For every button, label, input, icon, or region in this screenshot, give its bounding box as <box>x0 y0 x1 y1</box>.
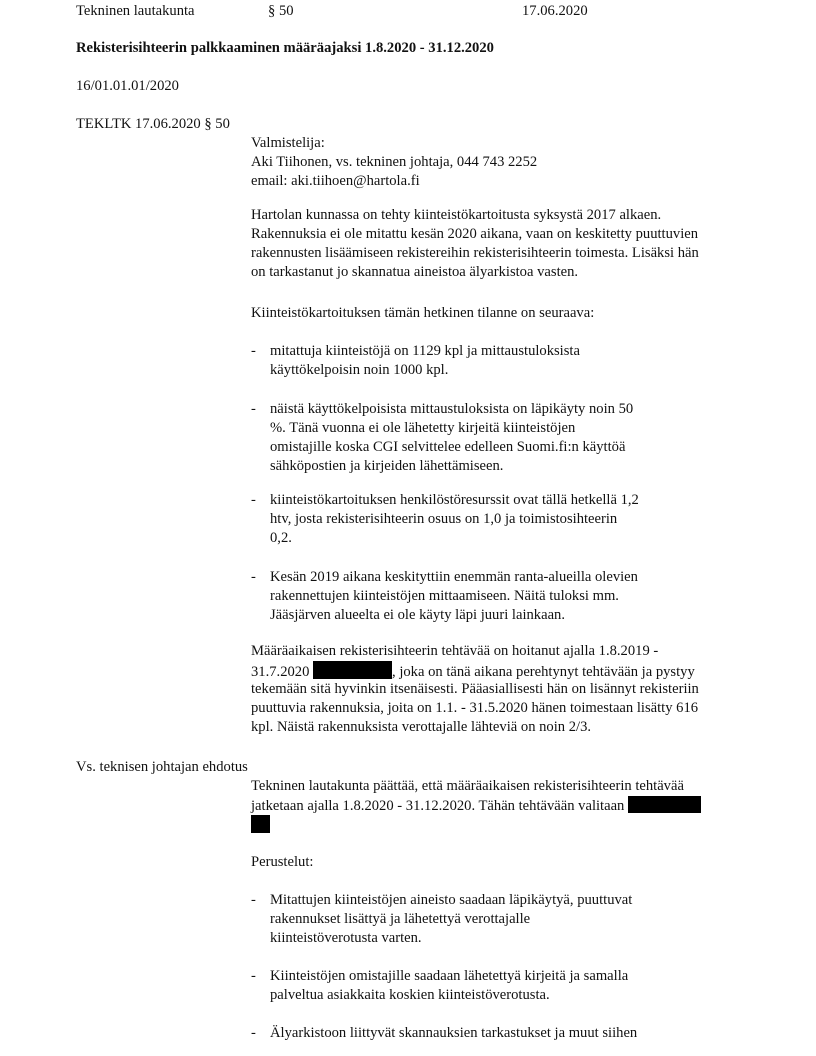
status-intro: Kiinteistökartoituksen tämän hetkinen ti… <box>251 304 594 323</box>
bullet-line: rakennettujen kiinteistöjen mittaamiseen… <box>270 587 731 606</box>
bullet-line: kiinteistöverotusta varten. <box>270 929 731 948</box>
bullet-line: mitattuja kiinteistöjä on 1129 kpl ja mi… <box>270 342 731 361</box>
bullet-line: kiinteistökartoituksen henkilöstöresurss… <box>270 491 731 510</box>
bullet-line: käyttökelpoisin noin 1000 kpl. <box>270 361 731 380</box>
preparer-block: Valmistelija: Aki Tiihonen, vs. tekninen… <box>251 134 731 191</box>
proposal-text: Tekninen lautakunta päättää, että määräa… <box>251 777 751 834</box>
bullet-line: rakennukset lisättyä ja lähetettyä verot… <box>270 910 731 929</box>
bullet-dash: - <box>251 967 256 986</box>
bullet-line: sähköpostien ja kirjeiden lähettämiseen. <box>270 457 731 476</box>
proposal-line <box>251 815 751 834</box>
bullet-line: näistä käyttökelpoisista mittaustuloksis… <box>270 400 731 419</box>
record-id: 16/01.01.01/2020 <box>76 77 179 96</box>
paragraph-text: , joka on tänä aikana perehtynyt tehtävä… <box>392 664 695 680</box>
bullet-line: 0,2. <box>270 529 731 548</box>
bullet-line: htv, josta rekisterisihteerin osuus on 1… <box>270 510 731 529</box>
previous-holder-paragraph: Määräaikaisen rekisterisihteerin tehtävä… <box>251 642 751 737</box>
intro-paragraph: Hartolan kunnassa on tehty kiinteistökar… <box>251 206 731 282</box>
proposal-text-fragment: jatketaan ajalla 1.8.2020 - 31.12.2020. … <box>251 798 628 814</box>
redacted-name <box>313 661 392 679</box>
bullet-dash: - <box>251 400 256 419</box>
committee-name: Tekninen lautakunta <box>76 2 195 21</box>
bullet-dash: - <box>251 568 256 587</box>
bullet-dash: - <box>251 1024 256 1043</box>
bullet-dash: - <box>251 342 256 361</box>
bullet-line: Jääsjärven alueelta ei ole käyty läpi ju… <box>270 606 731 625</box>
proposal-label: Vs. teknisen johtajan ehdotus <box>76 758 248 777</box>
meeting-reference: TEKLTK 17.06.2020 § 50 <box>76 115 230 134</box>
paragraph-line: 31.7.2020 , joka on tänä aikana perehtyn… <box>251 661 751 680</box>
redacted-name <box>628 796 701 813</box>
status-bullet: - näistä käyttökelpoisista mittaustuloks… <box>251 400 731 476</box>
bullet-dash: - <box>251 491 256 510</box>
bullet-line: Mitattujen kiinteistöjen aineisto saadaa… <box>270 891 731 910</box>
proposal-line: Tekninen lautakunta päättää, että määräa… <box>251 777 751 796</box>
paragraph-line: tekemään sitä hyvinkin itsenäisesti. Pää… <box>251 680 751 699</box>
paragraph-line: kpl. Näistä rakennuksista verottajalle l… <box>251 718 751 737</box>
preparer-label: Valmistelija: <box>251 134 731 153</box>
intro-line: rakennusten lisäämiseen rekistereihin re… <box>251 244 731 263</box>
document-title: Rekisterisihteerin palkkaaminen määräaja… <box>76 39 494 58</box>
preparer-name: Aki Tiihonen, vs. tekninen johtaja, 044 … <box>251 153 731 172</box>
redacted-name <box>251 815 270 833</box>
section-number: § 50 <box>268 2 294 21</box>
rationale-label: Perustelut: <box>251 853 313 872</box>
paragraph-text: 31.7.2020 <box>251 664 313 680</box>
paragraph-line: Määräaikaisen rekisterisihteerin tehtävä… <box>251 642 751 661</box>
status-bullet: - Kesän 2019 aikana keskityttiin enemmän… <box>251 568 731 625</box>
status-bullet: - mitattuja kiinteistöjä on 1129 kpl ja … <box>251 342 731 380</box>
preparer-email: email: aki.tiihoen@hartola.fi <box>251 172 731 191</box>
bullet-line: Kiinteistöjen omistajille saadaan lähete… <box>270 967 731 986</box>
bullet-line: %. Tänä vuonna ei ole lähetetty kirjeitä… <box>270 419 731 438</box>
rationale-bullet: - Kiinteistöjen omistajille saadaan lähe… <box>251 967 731 1005</box>
bullet-line: Älyarkistoon liittyvät skannauksien tark… <box>270 1024 731 1043</box>
status-bullet: - kiinteistökartoituksen henkilöstöresur… <box>251 491 731 548</box>
proposal-line: jatketaan ajalla 1.8.2020 - 31.12.2020. … <box>251 796 751 815</box>
intro-line: Rakennuksia ei ole mitattu kesän 2020 ai… <box>251 225 731 244</box>
intro-line: Hartolan kunnassa on tehty kiinteistökar… <box>251 206 731 225</box>
bullet-line: palveltua asiakkaita koskien kiinteistöv… <box>270 986 731 1005</box>
paragraph-line: puuttuvia rakennuksia, joita on 1.1. - 3… <box>251 699 751 718</box>
rationale-bullet: - Mitattujen kiinteistöjen aineisto saad… <box>251 891 731 948</box>
bullet-line: omistajille koska CGI selvittelee edelle… <box>270 438 731 457</box>
bullet-line: Kesän 2019 aikana keskityttiin enemmän r… <box>270 568 731 587</box>
bullet-dash: - <box>251 891 256 910</box>
meeting-date: 17.06.2020 <box>522 2 588 21</box>
rationale-bullet: - Älyarkistoon liittyvät skannauksien ta… <box>251 1024 731 1043</box>
intro-line: on tarkastanut jo skannatua aineistoa äl… <box>251 263 731 282</box>
